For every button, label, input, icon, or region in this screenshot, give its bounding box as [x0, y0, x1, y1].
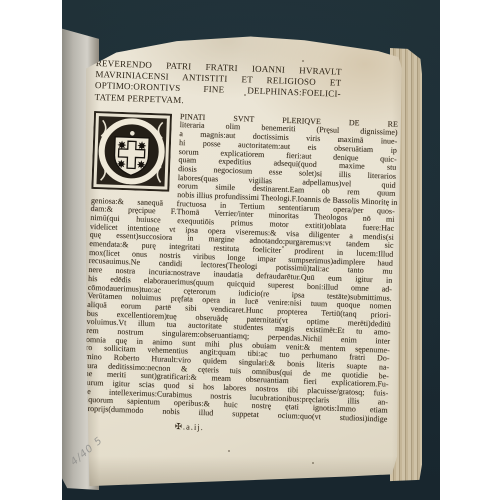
dust-speck — [302, 60, 304, 62]
printed-text-block: REVERENDO PATRI FRATRI IOANNI HVRAVLT MA… — [83, 58, 400, 439]
photo-of-incunable-leaf: REVERENDO PATRI FRATRI IOANNI HVRAVLT MA… — [0, 0, 500, 500]
dedication-heading: REVERENDO PATRI FRATRI IOANNI HVRAVLT MA… — [94, 58, 341, 112]
woodcut-initial-O-icon — [91, 111, 172, 192]
dust-speck — [228, 450, 230, 452]
body-text: PINATI SVNT PLERIQVE DE RE literaria oli… — [83, 110, 398, 425]
book-page: REVERENDO PATRI FRATRI IOANNI HVRAVLT MA… — [76, 32, 412, 488]
dust-speck — [312, 462, 314, 464]
